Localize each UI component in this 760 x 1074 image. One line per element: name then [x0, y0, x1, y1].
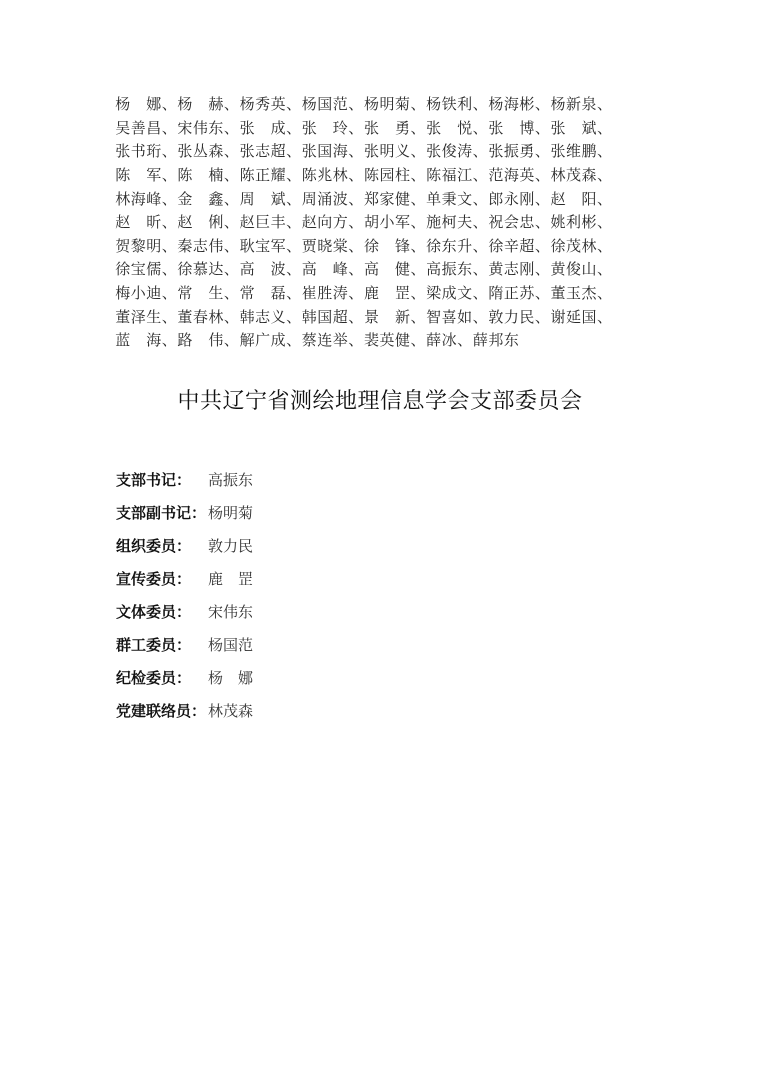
committee-member: 宣传委员：鹿 罡 [116, 562, 253, 595]
committee-member: 纪检委员：杨 娜 [116, 661, 253, 694]
member-name: 周涌波、 [302, 188, 364, 209]
member-name: 吴善昌、 [115, 117, 177, 138]
member-name: 赵 昕、 [115, 211, 177, 232]
member-name: 徐茂林、 [550, 235, 612, 256]
member-name: 薛冰、 [426, 329, 473, 350]
role-label: 支部书记： [116, 469, 208, 490]
member-name: 施柯夫、 [426, 211, 488, 232]
role-label: 宣传委员： [116, 568, 208, 589]
committee-member: 群工委员：杨国范 [116, 628, 253, 661]
member-name: 韩国超、 [302, 306, 364, 327]
member-name: 解广成、 [239, 329, 301, 350]
name-row: 赵 昕、赵 俐、赵巨丰、赵向方、胡小军、施柯夫、祝会忠、姚利彬、 [115, 210, 625, 234]
member-name: 徐辛超、 [488, 235, 550, 256]
member-name: 赵 俐、 [177, 211, 239, 232]
member-name: 徐慕达、 [177, 258, 239, 279]
member-name: 裴英健、 [364, 329, 426, 350]
member-name: 张书珩、 [115, 140, 177, 161]
committee-member: 组织委员：敦力民 [116, 529, 253, 562]
name-row: 蓝 海、路 伟、解广成、蔡连举、裴英健、薛冰、薛邦东 [115, 328, 625, 352]
member-name: 周 斌、 [239, 188, 301, 209]
member-name: 董玉杰、 [550, 282, 612, 303]
member-name: 赵巨丰、 [239, 211, 301, 232]
member-name: 姚利彬、 [550, 211, 612, 232]
member-name: 张维鹏、 [550, 140, 612, 161]
member-name: 董春林、 [177, 306, 239, 327]
member-name: 林海峰、 [115, 188, 177, 209]
member-name: 胡小军、 [364, 211, 426, 232]
member-name: 张丛森、 [177, 140, 239, 161]
member-name: 杨国范、 [302, 93, 364, 114]
member-name: 徐东升、 [426, 235, 488, 256]
member-name: 徐宝儒、 [115, 258, 177, 279]
member-name: 敦力民、 [488, 306, 550, 327]
name-row: 林海峰、金 鑫、周 斌、周涌波、郑家健、单秉文、郎永刚、赵 阳、 [115, 186, 625, 210]
member-name: 杨铁利、 [426, 93, 488, 114]
member-name: 张俊涛、 [426, 140, 488, 161]
member-name: 蓝 海、 [115, 329, 177, 350]
member-name: 贺黎明、 [115, 235, 177, 256]
member-name: 宋伟东 [208, 601, 253, 622]
member-name: 高 健、 [364, 258, 426, 279]
name-row: 陈 军、陈 楠、陈正耀、陈兆林、陈园柱、陈福江、范海英、林茂森、 [115, 163, 625, 187]
member-name: 林茂森、 [550, 164, 612, 185]
member-name: 张振勇、 [488, 140, 550, 161]
member-name: 张 悦、 [426, 117, 488, 138]
member-name: 赵 阳、 [550, 188, 612, 209]
name-row: 杨 娜、杨 赫、杨秀英、杨国范、杨明菊、杨铁利、杨海彬、杨新泉、 [115, 92, 625, 116]
committee-member: 党建联络员：林茂森 [116, 694, 253, 727]
role-label: 支部副书记： [116, 502, 208, 523]
member-name: 黄俊山、 [550, 258, 612, 279]
member-name: 张 斌、 [550, 117, 612, 138]
role-label: 文体委员： [116, 601, 208, 622]
member-name: 鹿 罡、 [364, 282, 426, 303]
member-name: 景 新、 [364, 306, 426, 327]
member-name: 张 勇、 [364, 117, 426, 138]
member-name: 谢延国、 [550, 306, 612, 327]
committee-list: 支部书记：高振东 支部副书记：杨明菊 组织委员：敦力民 宣传委员：鹿 罡 文体委… [116, 463, 253, 727]
member-name: 张 博、 [488, 117, 550, 138]
name-row: 徐宝儒、徐慕达、高 波、高 峰、高 健、高振东、黄志刚、黄俊山、 [115, 257, 625, 281]
name-row: 贺黎明、秦志伟、耿宝军、贾晓棠、徐 锋、徐东升、徐辛超、徐茂林、 [115, 234, 625, 258]
member-name: 韩志义、 [239, 306, 301, 327]
member-name: 杨 赫、 [177, 93, 239, 114]
member-name: 郎永刚、 [488, 188, 550, 209]
name-row: 董泽生、董春林、韩志义、韩国超、景 新、智喜如、敦力民、谢延国、 [115, 304, 625, 328]
member-name: 路 伟、 [177, 329, 239, 350]
member-name: 张明义、 [364, 140, 426, 161]
member-name: 杨新泉、 [550, 93, 612, 114]
member-name: 陈园柱、 [364, 164, 426, 185]
member-name: 杨国范 [208, 634, 253, 655]
member-name: 鹿 罡 [208, 568, 253, 589]
role-label: 群工委员： [116, 634, 208, 655]
member-name: 林茂森 [208, 700, 253, 721]
member-name: 陈正耀、 [239, 164, 301, 185]
member-name: 高振东、 [426, 258, 488, 279]
member-name: 陈福江、 [426, 164, 488, 185]
member-name: 郑家健、 [364, 188, 426, 209]
member-name: 杨秀英、 [239, 93, 301, 114]
member-name: 常 磊、 [239, 282, 301, 303]
role-label: 党建联络员： [116, 700, 208, 721]
name-row: 梅小迪、常 生、常 磊、崔胜涛、鹿 罡、梁成文、隋正苏、董玉杰、 [115, 281, 625, 305]
member-name: 张 玲、 [302, 117, 364, 138]
member-name: 宋伟东、 [177, 117, 239, 138]
member-name: 陈 楠、 [177, 164, 239, 185]
member-name: 杨海彬、 [488, 93, 550, 114]
member-name: 梅小迪、 [115, 282, 177, 303]
member-name: 张国海、 [302, 140, 364, 161]
section-title: 中共辽宁省测绘地理信息学会支部委员会 [0, 384, 760, 415]
member-name: 敦力民 [208, 535, 253, 556]
member-name: 秦志伟、 [177, 235, 239, 256]
member-name: 张 成、 [239, 117, 301, 138]
member-name: 单秉文、 [426, 188, 488, 209]
member-name: 董泽生、 [115, 306, 177, 327]
committee-member: 文体委员：宋伟东 [116, 595, 253, 628]
member-name: 徐 锋、 [364, 235, 426, 256]
member-name-list: 杨 娜、杨 赫、杨秀英、杨国范、杨明菊、杨铁利、杨海彬、杨新泉、吴善昌、宋伟东、… [115, 92, 625, 352]
member-name: 杨明菊 [208, 502, 253, 523]
member-name: 杨 娜 [208, 667, 253, 688]
member-name: 耿宝军、 [239, 235, 301, 256]
member-name: 高振东 [208, 469, 253, 490]
member-name: 金 鑫、 [177, 188, 239, 209]
role-label: 纪检委员： [116, 667, 208, 688]
member-name: 黄志刚、 [488, 258, 550, 279]
member-name: 赵向方、 [302, 211, 364, 232]
member-name: 崔胜涛、 [302, 282, 364, 303]
role-label: 组织委员： [116, 535, 208, 556]
committee-member: 支部书记：高振东 [116, 463, 253, 496]
member-name: 杨 娜、 [115, 93, 177, 114]
member-name: 杨明菊、 [364, 93, 426, 114]
member-name: 陈 军、 [115, 164, 177, 185]
member-name: 蔡连举、 [302, 329, 364, 350]
name-row: 张书珩、张丛森、张志超、张国海、张明义、张俊涛、张振勇、张维鹏、 [115, 139, 625, 163]
committee-member: 支部副书记：杨明菊 [116, 496, 253, 529]
member-name: 常 生、 [177, 282, 239, 303]
name-row: 吴善昌、宋伟东、张 成、张 玲、张 勇、张 悦、张 博、张 斌、 [115, 116, 625, 140]
member-name: 范海英、 [488, 164, 550, 185]
member-name: 薛邦东 [473, 329, 520, 350]
member-name: 梁成文、 [426, 282, 488, 303]
member-name: 贾晓棠、 [302, 235, 364, 256]
member-name: 隋正苏、 [488, 282, 550, 303]
member-name: 祝会忠、 [488, 211, 550, 232]
member-name: 陈兆林、 [302, 164, 364, 185]
member-name: 智喜如、 [426, 306, 488, 327]
member-name: 张志超、 [239, 140, 301, 161]
member-name: 高 波、 [239, 258, 301, 279]
member-name: 高 峰、 [302, 258, 364, 279]
